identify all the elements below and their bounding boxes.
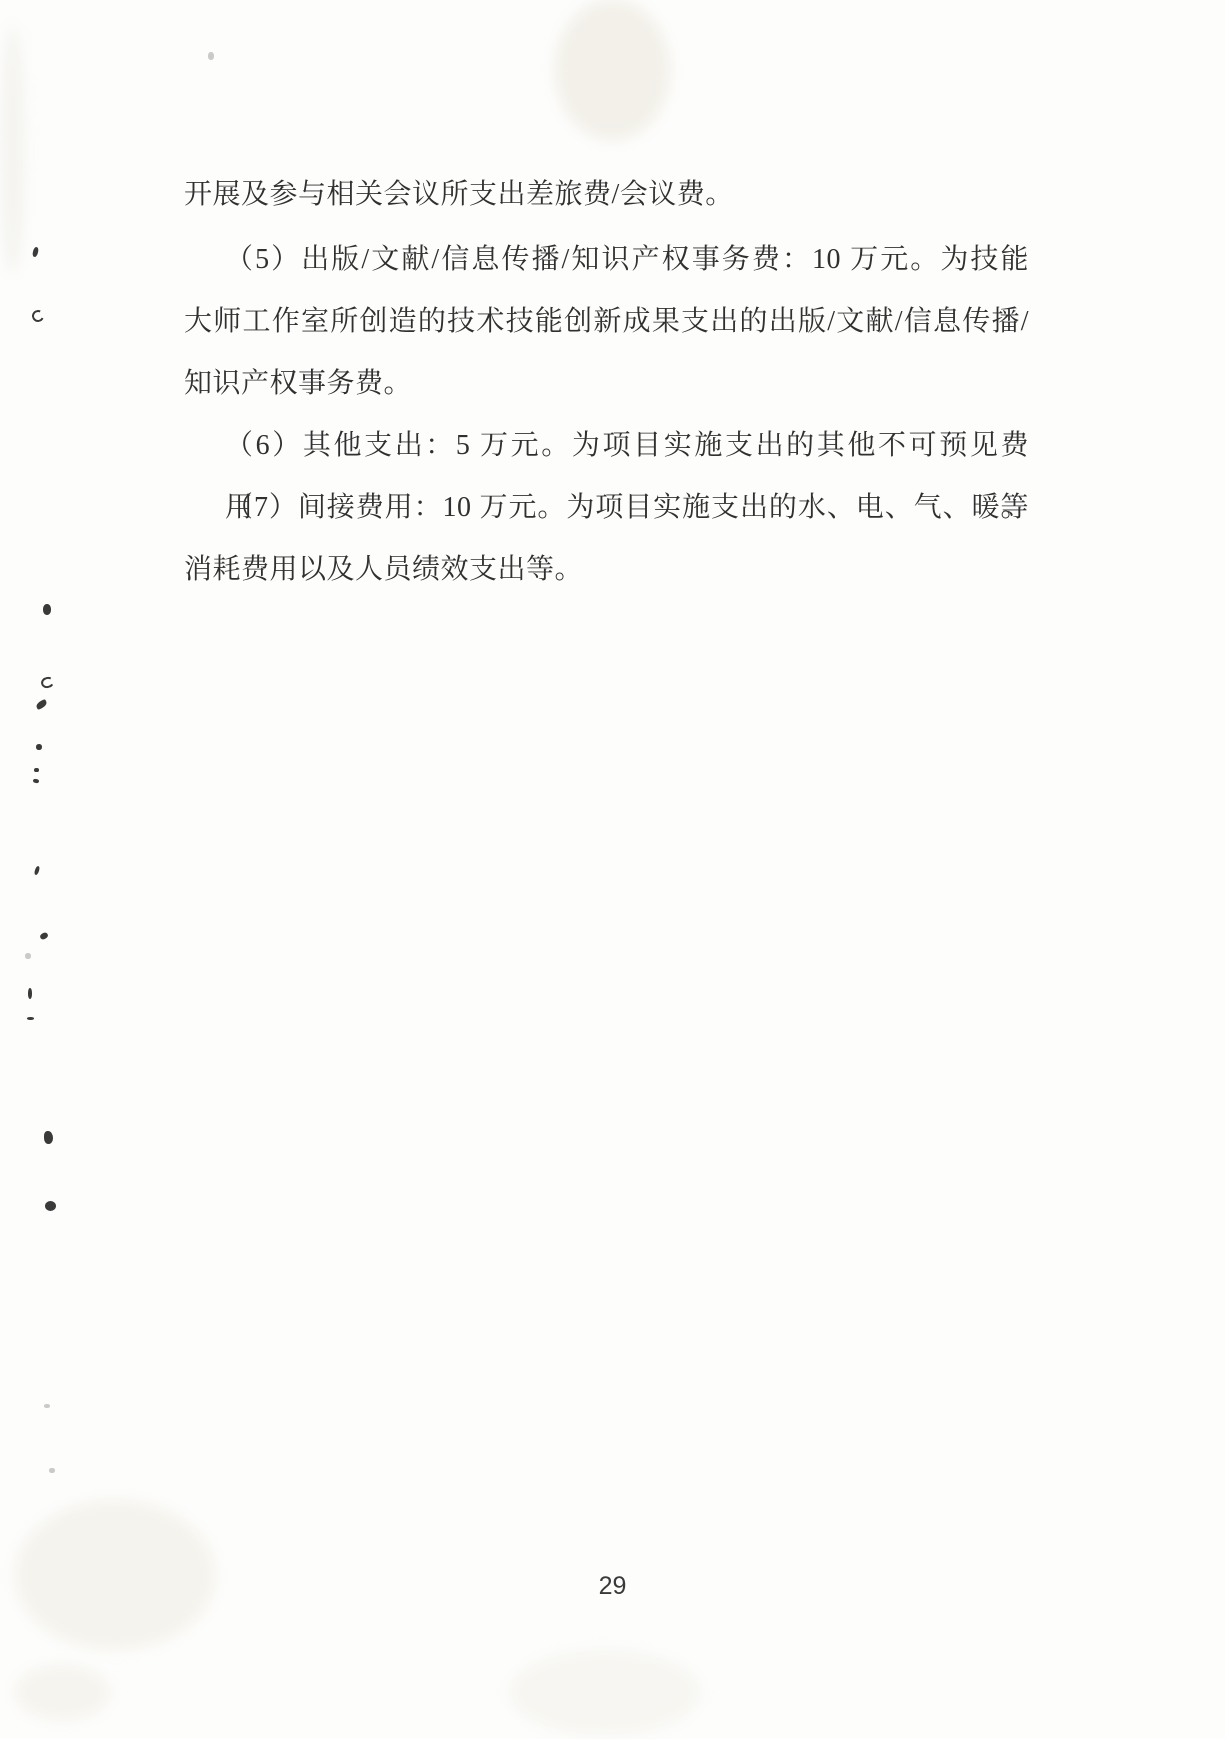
- scanned-document-page: 开展及参与相关会议所支出差旅费/会议费。 （5）出版/文献/信息传播/知识产权事…: [0, 0, 1225, 1739]
- scan-speck: [44, 1404, 50, 1408]
- scan-smudge: [555, 0, 670, 140]
- scan-speck: [43, 604, 51, 615]
- scan-speck: [32, 247, 39, 258]
- scan-speck: [39, 931, 49, 940]
- paragraph-item7-indirect-cost: （7）间接费用：10 万元。为项目实施支出的水、电、气、暖等 消耗费用以及人员绩…: [184, 477, 1029, 601]
- scan-speck: [33, 779, 40, 784]
- document-body: 开展及参与相关会议所支出差旅费/会议费。 （5）出版/文献/信息传播/知识产权事…: [184, 164, 1029, 601]
- scan-speck: [27, 1017, 34, 1020]
- text-line: （7）间接费用：10 万元。为项目实施支出的水、电、气、暖等: [184, 477, 1029, 539]
- scan-speck: [49, 1468, 55, 1473]
- text-line: （6）其他支出：5 万元。为项目实施支出的其他不可预见费用。: [184, 415, 1029, 477]
- scan-smudge: [15, 1665, 110, 1720]
- text-line: 知识产权事务费。: [184, 353, 1029, 415]
- scan-speck: [45, 1201, 56, 1211]
- scan-speck: [36, 744, 42, 750]
- page-number: 29: [0, 1572, 1225, 1601]
- scan-smudge: [510, 1650, 700, 1735]
- scan-speck: [28, 988, 32, 999]
- scan-speck: [44, 1131, 53, 1144]
- text-line: 消耗费用以及人员绩效支出等。: [184, 539, 1029, 601]
- text-line: （5）出版/文献/信息传播/知识产权事务费：10 万元。为技能: [184, 229, 1029, 291]
- scan-speck: [40, 676, 55, 690]
- scan-speck: [30, 308, 45, 323]
- text-line: 开展及参与相关会议所支出差旅费/会议费。: [184, 164, 1029, 226]
- paragraph-travel-fee-tail: 开展及参与相关会议所支出差旅费/会议费。: [184, 164, 1029, 226]
- scan-speck: [34, 768, 39, 772]
- paragraph-item6-other-expense: （6）其他支出：5 万元。为项目实施支出的其他不可预见费用。: [184, 415, 1029, 477]
- paragraph-item5-publication-fee: （5）出版/文献/信息传播/知识产权事务费：10 万元。为技能 大师工作室所创造…: [184, 229, 1029, 415]
- scan-speck: [25, 953, 31, 959]
- scan-speck: [35, 699, 48, 710]
- text-line: 大师工作室所创造的技术技能创新成果支出的出版/文献/信息传播/: [184, 291, 1029, 353]
- scan-speck: [208, 52, 214, 60]
- scan-speck: [34, 866, 41, 876]
- scan-smudge: [2, 25, 24, 275]
